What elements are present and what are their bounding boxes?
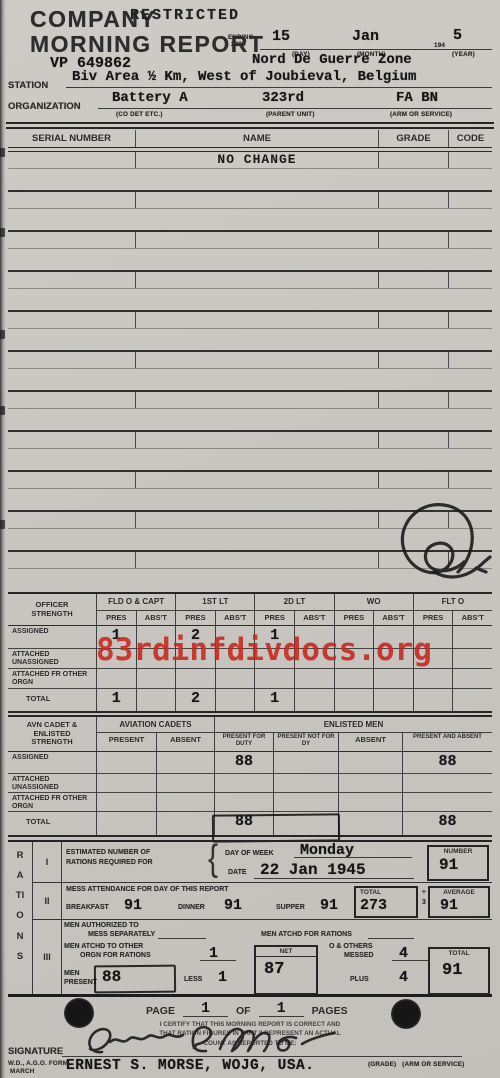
roster-empty-block [8, 190, 492, 230]
officer-cell [334, 668, 374, 688]
plus-label: PLUS [350, 976, 369, 983]
org-unit-value: Battery A [112, 90, 188, 106]
estimated-label-2: RATIONS REQUIRED FOR [66, 859, 153, 866]
o-others-label-1: O & OTHERS [329, 943, 373, 950]
men-present-label-1: MEN [64, 970, 80, 977]
atchd-rations-underline [368, 938, 414, 939]
brace-glyph: { [208, 838, 218, 881]
rations-row-3: III MEN AUTHORIZED TO MESS SEPARATELY ME… [33, 919, 492, 994]
subhead-absent: ABSENT [156, 732, 214, 751]
year-prefix: 194 [434, 42, 445, 49]
subhead-pres: PRES [96, 610, 136, 625]
roster-header-row: SERIAL NUMBER NAME GRADE CODE [8, 130, 492, 147]
cadet-cell [273, 792, 338, 811]
roster-entry-row: NO CHANGE [8, 152, 492, 169]
station-underline [66, 87, 492, 88]
subhead-absent-enlisted: ABSENT [338, 732, 402, 751]
group-wo: WO [334, 594, 413, 610]
total-label-3: TOTAL [430, 949, 488, 957]
col-serial-number: SERIAL NUMBER [8, 130, 135, 147]
date-underline [260, 49, 492, 50]
officer-cell [452, 625, 492, 648]
row-label-attached-unassigned: ATTACHED UNASSIGNED [8, 648, 96, 668]
plus-value: 4 [399, 969, 408, 986]
row-label-assigned: ASSIGNED [8, 751, 96, 773]
officer-cell [175, 668, 215, 688]
rations-vertical-label-col: RATIONS [8, 842, 33, 994]
ending-label-1: ENDING [228, 34, 254, 41]
date-month-value: Jan [352, 28, 379, 45]
subhead-present: PRESENT [96, 732, 156, 751]
page-label: PAGE [146, 1005, 175, 1017]
officer-cell [136, 668, 176, 688]
cadet-cell [96, 751, 156, 773]
cadet-cell: 88 [402, 811, 492, 835]
day-of-week-label: DAY OF WEEK [225, 850, 274, 857]
total-value: 273 [356, 897, 416, 914]
numeral-ii: II [33, 883, 62, 919]
dinner-label: DINNER [178, 904, 205, 911]
col-code: CODE [448, 130, 492, 147]
zone-typed: Nord De Guerre Zone [252, 52, 412, 68]
cadet-cell [96, 773, 156, 792]
officer-cell [413, 668, 453, 688]
subhead-pres: PRES [254, 610, 294, 625]
atchd-other-label-2: ORGN FOR RATIONS [80, 952, 151, 959]
numeral-i: I [33, 842, 62, 882]
date-day-value: 15 [272, 28, 290, 45]
average-label: AVERAGE [430, 888, 488, 896]
officer-cell [373, 688, 413, 711]
number-box: NUMBER 91 [427, 845, 489, 881]
group-2d-lt: 2D LT [254, 594, 333, 610]
form-id-line-1: W.D., A.G.O. FORM [8, 1060, 68, 1067]
mess-sep-underline [158, 938, 206, 939]
dow-underline [294, 857, 412, 858]
grade-arm-sublabel: (GRADE) (ARM OR SERVICE) [368, 1061, 464, 1068]
men-present-value: 88 [102, 968, 121, 986]
officer-cell [413, 688, 453, 711]
morning-report-scan: COMPANY RESTRICTED MORNING REPORT ENDING… [0, 0, 500, 1078]
subhead-pres: PRES [175, 610, 215, 625]
scan-mark [0, 330, 5, 339]
cadet-cell: 88 [214, 751, 273, 773]
roster-empty-row [8, 232, 492, 249]
of-label: OF [236, 1005, 251, 1017]
organization-label: ORGANIZATION [8, 101, 81, 112]
cadet-cell [96, 811, 156, 835]
scan-edge [0, 0, 6, 1078]
numeral-iii: III [33, 920, 62, 994]
cadet-cell [273, 751, 338, 773]
subhead-abst: ABS'T [373, 610, 413, 625]
rations-date-value: 22 Jan 1945 [260, 861, 366, 879]
row-label-total: TOTAL [8, 688, 96, 711]
roster-empty-row [8, 432, 492, 449]
cadet-cell [214, 773, 273, 792]
row-label-attached-unassigned: ATTACHED UNASSIGNED [8, 773, 96, 792]
org-parent-value: 323rd [262, 90, 304, 106]
pages-label: PAGES [312, 1005, 348, 1017]
average-box: AVERAGE 91 [428, 886, 490, 918]
total-value-3: 91 [430, 961, 488, 980]
cadet-cell [402, 792, 492, 811]
officer-cell [294, 668, 334, 688]
atchd-other-underline [200, 960, 236, 961]
authorized-label: MEN AUTHORIZED TO [64, 922, 139, 929]
punch-hole-right [391, 999, 421, 1029]
o-others-underline [392, 960, 430, 961]
cadet-cell [338, 751, 402, 773]
roster-empty-row [8, 392, 492, 409]
roster-empty-row [8, 192, 492, 209]
rations-section: RATIONS I ESTIMATED NUMBER OF RATIONS RE… [8, 840, 492, 997]
breakfast-label: BREAKFAST [66, 904, 109, 911]
cadet-cell [96, 792, 156, 811]
form-id-line-2: MARCH [10, 1068, 34, 1075]
group-enlisted-men: ENLISTED MEN [214, 717, 492, 732]
page-value: 1 [183, 1002, 228, 1017]
signature-underline [62, 1056, 462, 1057]
officer-cell: 1 [254, 688, 294, 711]
roster-empty-row [8, 352, 492, 369]
group-flt-o: FLT O [413, 594, 492, 610]
officer-cell [373, 668, 413, 688]
estimated-label-1: ESTIMATED NUMBER OF [66, 849, 150, 856]
rations-vertical-label: RATIONS [15, 846, 26, 967]
col-grade: GRADE [378, 130, 448, 147]
subhead-abst: ABS'T [136, 610, 176, 625]
officer-cell [452, 648, 492, 668]
less-value: 1 [218, 969, 227, 986]
roster-empty-block [8, 430, 492, 470]
row-label-attached-fr: ATTACHED FR OTHER ORGN [8, 668, 96, 688]
pen-box-total [212, 813, 340, 842]
org-arm-sublabel: (ARM OR SERVICE) [390, 111, 452, 118]
officer-cell [294, 688, 334, 711]
officer-cell [215, 668, 255, 688]
rations-row-2: II MESS ATTENDANCE FOR DAY OF THIS REPOR… [33, 882, 492, 919]
cadet-enlisted-label: AVN CADET & ENLISTED STRENGTH [8, 717, 96, 751]
roster-empty-row [8, 312, 492, 329]
mess-attendance-label: MESS ATTENDANCE FOR DAY OF THIS REPORT [66, 886, 229, 893]
cadet-cell [402, 773, 492, 792]
org-unit-sublabel: (CO DET ETC.) [116, 111, 163, 118]
breakfast-value: 91 [124, 897, 142, 914]
roster-empty-block [8, 350, 492, 390]
row-label-total: TOTAL [8, 811, 96, 835]
classification-stamp: RESTRICTED [130, 7, 240, 24]
atchd-rations-label: MEN ATCHD FOR RATIONS [261, 931, 352, 938]
cadet-cell [338, 792, 402, 811]
subhead-present-and-absent: PRESENT AND ABSENT [402, 732, 492, 751]
cadet-cell [273, 773, 338, 792]
cadet-cell: 88 [402, 751, 492, 773]
row-label-assigned: ASSIGNED [8, 625, 96, 648]
pen-scribble [348, 496, 493, 591]
officer-cell [215, 688, 255, 711]
number-label: NUMBER [429, 847, 487, 855]
officer-strength-label: OFFICER STRENGTH [8, 594, 96, 625]
total-label: TOTAL [356, 888, 416, 896]
roster-empty-block [8, 310, 492, 350]
no-change-entry: NO CHANGE [135, 152, 378, 168]
officer-cell [334, 688, 374, 711]
officer-cell [452, 688, 492, 711]
atchd-other-label-1: MEN ATCHD TO OTHER [64, 943, 143, 950]
org-parent-sublabel: (PARENT UNIT) [266, 111, 315, 118]
net-value: 87 [256, 960, 316, 979]
roster-empty-block [8, 390, 492, 430]
subhead-present-not-for-dy: PRESENT NOT FOR DY [273, 732, 338, 751]
divide-sign: ÷ [422, 889, 426, 896]
group-aviation-cadets: AVIATION CADETS [96, 717, 214, 732]
officer-cell [452, 668, 492, 688]
officer-cell [136, 688, 176, 711]
scan-mark [0, 406, 5, 415]
men-present-label-2: PRESENT [64, 979, 97, 986]
total-box: TOTAL 273 [354, 886, 418, 918]
o-others-label-2: MESSED [344, 952, 374, 959]
cadet-cell [156, 751, 214, 773]
officer-cell: 1 [96, 688, 136, 711]
cadet-cell [338, 773, 402, 792]
subhead-abst: ABS'T [294, 610, 334, 625]
org-arm-value: FA BN [396, 90, 438, 106]
cadet-cell [214, 792, 273, 811]
roster-empty-row [8, 472, 492, 489]
date-underline2 [254, 878, 414, 879]
station-label: STATION [8, 80, 48, 91]
divide-by: 3 [422, 899, 426, 906]
roster-entry-block: NO CHANGE [8, 152, 492, 190]
section-rule [6, 122, 494, 129]
subhead-pres: PRES [413, 610, 453, 625]
roster-empty-row [8, 272, 492, 289]
row-label-attached-fr: ATTACHED FR OTHER ORGN [8, 792, 96, 811]
rations-row-1: I ESTIMATED NUMBER OF RATIONS REQUIRED F… [33, 842, 492, 882]
subhead-abst: ABS'T [215, 610, 255, 625]
cadet-cell [156, 811, 214, 835]
group-1st-lt: 1ST LT [175, 594, 254, 610]
date-label: DATE [228, 869, 247, 876]
supper-value: 91 [320, 897, 338, 914]
officer-cell [96, 668, 136, 688]
pages-value: 1 [259, 1002, 304, 1017]
dinner-value: 91 [224, 897, 242, 914]
subhead-pres: PRES [334, 610, 374, 625]
col-name: NAME [135, 130, 378, 147]
number-value: 91 [429, 856, 487, 874]
less-label: LESS [184, 976, 202, 983]
average-value: 91 [430, 897, 488, 914]
signature-label: SIGNATURE [8, 1046, 63, 1057]
officer-cell [254, 668, 294, 688]
roster-empty-block [8, 270, 492, 310]
scan-mark [0, 148, 5, 157]
officer-cell: 2 [175, 688, 215, 711]
subhead-present-for-duty: PRESENT FOR DUTY [214, 732, 273, 751]
cadet-cell [156, 773, 214, 792]
page-count-line: PAGE 1 OF 1 PAGES [146, 1002, 348, 1017]
net-box: NET 87 [254, 945, 318, 995]
subhead-abst: ABS'T [452, 610, 492, 625]
watermark: 83rdinfdivdocs.org [96, 632, 432, 668]
station-value: Biv Area ½ Km, West of Joubieval, Belgiu… [72, 69, 416, 85]
year-sublabel: (YEAR) [452, 51, 475, 58]
date-year-value: 5 [453, 27, 462, 44]
signature-typed-name: ERNEST S. MORSE, WOJG, USA. [66, 1058, 314, 1074]
mess-sep-label: MESS SEPARATELY [88, 931, 155, 938]
total-box-3: TOTAL 91 [428, 947, 490, 995]
group-fldo-capt: FLD O & CAPT [96, 594, 175, 610]
organization-underline [98, 108, 492, 109]
cadet-cell [156, 792, 214, 811]
roster-empty-block [8, 230, 492, 270]
supper-label: SUPPER [276, 904, 305, 911]
scan-mark [0, 228, 5, 237]
ending-label-2: 2400 [231, 41, 246, 48]
scan-mark [0, 520, 5, 529]
cadet-cell [338, 811, 402, 835]
net-label: NET [256, 947, 316, 957]
